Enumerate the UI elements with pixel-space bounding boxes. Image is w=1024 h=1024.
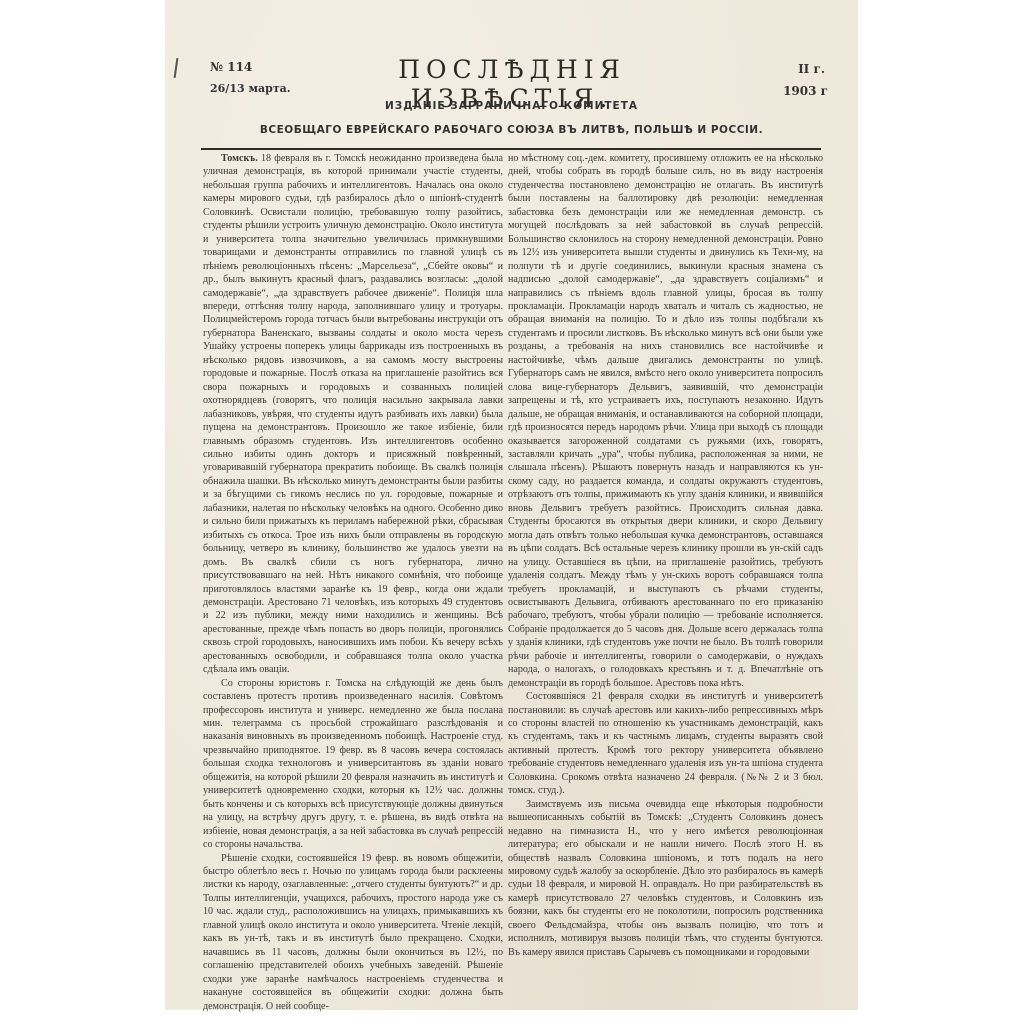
dateline-place: Томскъ. (221, 153, 258, 164)
volume-year: II г. (798, 62, 825, 76)
paragraph: Заимствуемъ изъ письма очевидца еще нѣко… (508, 798, 823, 959)
newspaper-page: № 114 26/13 марта. ПОСЛѢДНІЯ ИЗВѢСТІЯ. I… (165, 0, 858, 1010)
left-column: Томскъ. 18 февраля въ г. Томскѣ неожидан… (203, 152, 503, 1013)
paragraph: Со стороны юристовъ г. Томска на слѣдующ… (203, 677, 503, 852)
paragraph: Томскъ. 18 февраля въ г. Томскѣ неожидан… (203, 152, 503, 677)
right-column: но мѣстному соц.-дем. комитету, просивше… (508, 152, 823, 959)
publisher-line-1: ИЗДАНІЕ ЗАГРАНИЧНАГО КОМИТЕТА (165, 100, 858, 112)
issue-number: № 114 (210, 60, 252, 74)
issue-date: 26/13 марта. (210, 82, 291, 95)
paragraph: Рѣшеніе сходки, состоявшейся 19 февр. въ… (203, 852, 503, 1013)
masthead-rule (201, 148, 821, 150)
publisher-line-2: ВСЕОБЩАГО ЕВРЕЙСКАГО РАБОЧАГО СОЮЗА ВЪ Л… (165, 124, 858, 136)
margin-pencil-mark (174, 58, 179, 78)
paragraph: Состоявшіяся 21 февраля сходки въ инстит… (508, 690, 823, 798)
issue-year: 1903 г (783, 84, 828, 98)
paragraph: но мѣстному соц.-дем. комитету, просивше… (508, 152, 823, 690)
